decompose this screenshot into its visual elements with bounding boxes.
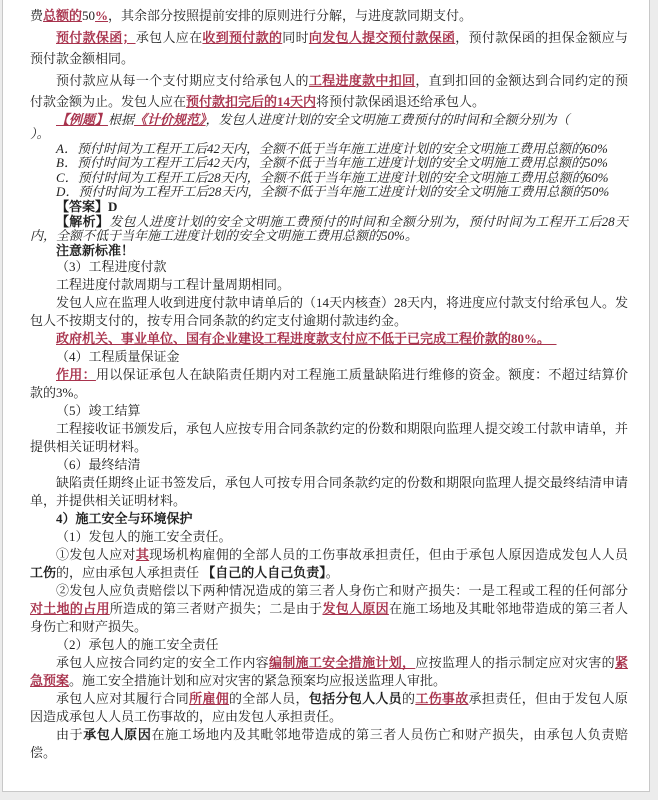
text-segment: 发包人应在监理人收到进度付款申请单后的（14天内核查）28天内，将进度应付款支付… bbox=[30, 295, 628, 328]
heading-employer-safety: （1）发包人的施工安全责任。 bbox=[30, 528, 628, 546]
text-segment: （1）发包人的施工安全责任。 bbox=[56, 529, 232, 544]
text-segment: 预付款扣完后的14天内 bbox=[186, 94, 316, 109]
text-segment: 编制施工安全措施计划， bbox=[269, 655, 415, 670]
para-prepay-split: 费总额的50%，其余部分按照提前安排的原则进行分解，与进度款同期支付。 bbox=[30, 5, 628, 27]
text-segment: 费 bbox=[30, 8, 43, 23]
document-content: 费总额的50%，其余部分按照提前安排的原则进行分解，与进度款同期支付。预付款保函… bbox=[30, 5, 628, 762]
text-segment: 工程进度付款周期与工程计量周期相同。 bbox=[56, 277, 290, 292]
text-segment: 承包人原因 bbox=[83, 727, 151, 742]
text-segment: （4）工程质量保证金 bbox=[56, 349, 180, 364]
text-segment: （2）承包人的施工安全责任 bbox=[56, 637, 219, 652]
text-segment: 工伤 bbox=[30, 565, 56, 580]
para-payment-deadline: 发包人应在监理人收到进度付款申请单后的（14天内核查）28天内，将进度应付款支付… bbox=[30, 294, 628, 330]
heading-final-settlement: （6）最终结清 bbox=[30, 456, 628, 474]
text-segment: 对土地的占用 bbox=[30, 601, 110, 616]
text-segment: （6）最终结清 bbox=[56, 457, 141, 472]
text-segment: 包括分包人人员 bbox=[309, 691, 402, 706]
para-government-80-percent: 政府机关、事业单位、国有企业建设工程进度款支付应不低于已完成工程价款的80%。 bbox=[30, 330, 628, 348]
para-prepay-deduction: 预付款应从每一个支付期应支付给承包人的工程进度款中扣回，直到扣回的金额达到合同约… bbox=[30, 70, 628, 113]
text-segment: 发包人原因 bbox=[322, 601, 388, 616]
text-segment: 总额的 bbox=[43, 8, 82, 23]
text-segment: ，其余部分按照提前安排的原则进行分解，与进度款同期支付。 bbox=[108, 8, 472, 23]
text-segment: 收到预付款的 bbox=[202, 30, 282, 45]
para-completion-settlement: 工程接收证书颁发后，承包人应按专用合同条款约定的份数和期限向监理人提交竣工付款申… bbox=[30, 420, 628, 456]
text-segment: 【答案】D bbox=[56, 199, 117, 214]
note-new-standard: 注意新标准！ bbox=[30, 244, 628, 259]
text-segment: 承包人应按合同约定的安全工作内容 bbox=[56, 655, 269, 670]
text-segment: 的 bbox=[402, 691, 415, 706]
text-segment: 工程接收证书颁发后，承包人应按专用合同条款约定的份数和期限向监理人提交竣工付款申… bbox=[30, 421, 628, 454]
text-segment: 用以保证承包人在缺陷责任期内对工程施工质量缺陷进行维修的资金。额度：不超过结算价… bbox=[30, 367, 628, 400]
text-segment: 预付款应从每一个支付期应支付给承包人的 bbox=[56, 73, 309, 88]
para-employer-liability-1: ①发包人应对其现场机构雇佣的全部人员的工伤事故承担责任，但由于承包人原因造成发包… bbox=[30, 546, 628, 582]
heading-quality-deposit: （4）工程质量保证金 bbox=[30, 348, 628, 366]
example-question-stem: 【例题】根据《计价规范》，发包人进度计划的安全文明施工费预付的时间和全额分别为（ bbox=[30, 113, 628, 128]
option-c: C．预付时间为工程开工后28天内，全额不低于当年施工进度计划的安全文明施工费用总… bbox=[30, 171, 628, 186]
text-segment: 预付款保函； bbox=[56, 30, 136, 45]
text-segment: 缺陷责任期终止证书签发后，承包人可按专用合同条款约定的份数和期限向监理人提交最终… bbox=[30, 475, 628, 508]
text-segment: C．预付时间为工程开工后28天内，全额不低于当年施工进度计划的安全文明施工费用总… bbox=[56, 170, 609, 185]
text-segment: 其 bbox=[136, 547, 149, 562]
text-segment: ②发包人应负责赔偿以下两种情况造成的第三者人身伤亡和财产损失：一是工程或工程的任… bbox=[56, 583, 628, 598]
para-prepay-guarantee: 预付款保函；承包人应在收到预付款的同时向发包人提交预付款保函，预付款保函的担保金… bbox=[30, 27, 628, 70]
text-segment: 《计价规范》 bbox=[134, 112, 206, 127]
text-segment: 【解析】 bbox=[56, 214, 109, 229]
text-segment: 所雇佣 bbox=[189, 691, 229, 706]
text-segment: （3）工程进度付款 bbox=[56, 259, 167, 274]
text-segment: 4）施工安全与环境保护 bbox=[56, 511, 193, 526]
para-contractor-liability: 承包人应对其履行合同所雇佣的全部人员，包括分包人人员的工伤事故承担责任，但由于发… bbox=[30, 690, 628, 726]
para-contractor-compensation: 由于承包人原因在施工场地内及其毗邻地带造成的第三者人员伤亡和财产损失，由承包人负… bbox=[30, 726, 628, 762]
text-segment: A．预付时间为工程开工后42天内，全额不低于当年施工进度计划的安全文明施工费用总… bbox=[56, 141, 608, 156]
text-segment: 的全部人员， bbox=[229, 691, 309, 706]
text-segment: ）。 bbox=[30, 126, 50, 141]
para-quality-deposit-role: 作用：用以保证承包人在缺陷责任期内对工程施工质量缺陷进行维修的资金。额度：不超过… bbox=[30, 366, 628, 402]
text-segment: 工伤事故 bbox=[415, 691, 468, 706]
text-segment: 应按监理人的指示制定应对灾害的 bbox=[415, 655, 615, 670]
heading-completion-settlement: （5）竣工结算 bbox=[30, 402, 628, 420]
example-question-close: ）。 bbox=[30, 127, 628, 142]
option-b: B．预付时间为工程开工后42天内，全额不低于当年施工进度计划的安全文明施工费用总… bbox=[30, 156, 628, 171]
text-segment: ①发包人应对 bbox=[56, 547, 136, 562]
text-segment: 的，应由承包人承担责任 bbox=[56, 565, 202, 580]
text-segment: 政府机关、事业单位、国有企业建设工程进度款支付应不低于已完成工程价款的80%。 bbox=[56, 331, 557, 346]
para-final-settlement: 缺陷责任期终止证书签发后，承包人可按专用合同条款约定的份数和期限向监理人提交最终… bbox=[30, 474, 628, 510]
text-segment: 【例题】 bbox=[56, 112, 108, 127]
text-segment: 由于 bbox=[56, 727, 83, 742]
text-segment: 发包人进度计划的安全文明施工费预付的时间和全额分别为，预付时间为工程开工后28天… bbox=[30, 214, 628, 244]
heading-progress-payment: （3）工程进度付款 bbox=[30, 258, 628, 276]
text-segment: 现场机构雇佣的全部人员的工伤事故承担责任，但由于承包人原因造成发包人人员 bbox=[149, 547, 628, 562]
text-segment: 注意新标准！ bbox=[56, 243, 134, 258]
document-page: 费总额的50%，其余部分按照提前安排的原则进行分解，与进度款同期支付。预付款保函… bbox=[2, 0, 650, 792]
text-segment: 【自己的人自己负责】 bbox=[202, 565, 326, 580]
text-segment: % bbox=[95, 8, 108, 23]
heading-safety-environment: 4）施工安全与环境保护 bbox=[30, 510, 628, 528]
analysis-line: 【解析】发包人进度计划的安全文明施工费预付的时间和全额分别为，预付时间为工程开工… bbox=[30, 215, 628, 244]
text-segment: 工程进度款中扣回 bbox=[309, 73, 415, 88]
text-segment: 50 bbox=[82, 8, 95, 23]
heading-contractor-safety: （2）承包人的施工安全责任 bbox=[30, 636, 628, 654]
text-segment: 作用： bbox=[56, 367, 96, 382]
text-segment: ，发包人进度计划的安全文明施工费预付的时间和全额分别为（ bbox=[206, 112, 570, 127]
text-segment: B．预付时间为工程开工后42天内，全额不低于当年施工进度计划的安全文明施工费用总… bbox=[56, 155, 608, 170]
text-segment: 所造成的第三者财产损失；二是由于 bbox=[110, 601, 323, 616]
para-payment-cycle: 工程进度付款周期与工程计量周期相同。 bbox=[30, 276, 628, 294]
text-segment: 同时 bbox=[282, 30, 309, 45]
para-contractor-plan: 承包人应按合同约定的安全工作内容编制施工安全措施计划，应按监理人的指示制定应对灾… bbox=[30, 654, 628, 690]
option-a: A．预付时间为工程开工后42天内，全额不低于当年施工进度计划的安全文明施工费用总… bbox=[30, 142, 628, 157]
text-segment: 承包人应在 bbox=[136, 30, 203, 45]
text-segment: 将预付款保函退还给承包人。 bbox=[316, 94, 485, 109]
text-segment: 。 bbox=[326, 565, 339, 580]
text-segment: 承包人应对其履行合同 bbox=[56, 691, 189, 706]
option-d: D．预付时间为工程开工后28天内，全额不低于当年施工进度计划的安全文明施工费用总… bbox=[30, 185, 628, 200]
text-segment: （5）竣工结算 bbox=[56, 403, 141, 418]
text-segment: D．预付时间为工程开工后28天内，全额不低于当年施工进度计划的安全文明施工费用总… bbox=[56, 184, 609, 199]
answer-line: 【答案】D bbox=[30, 200, 628, 215]
para-employer-liability-2: ②发包人应负责赔偿以下两种情况造成的第三者人身伤亡和财产损失：一是工程或工程的任… bbox=[30, 582, 628, 636]
text-segment: 根据 bbox=[108, 112, 134, 127]
text-segment: 向发包人提交预付款保函 bbox=[309, 30, 455, 45]
text-segment: 。施工安全措施计划和应对灾害的紧急预案均应报送监理人审批。 bbox=[69, 673, 446, 688]
